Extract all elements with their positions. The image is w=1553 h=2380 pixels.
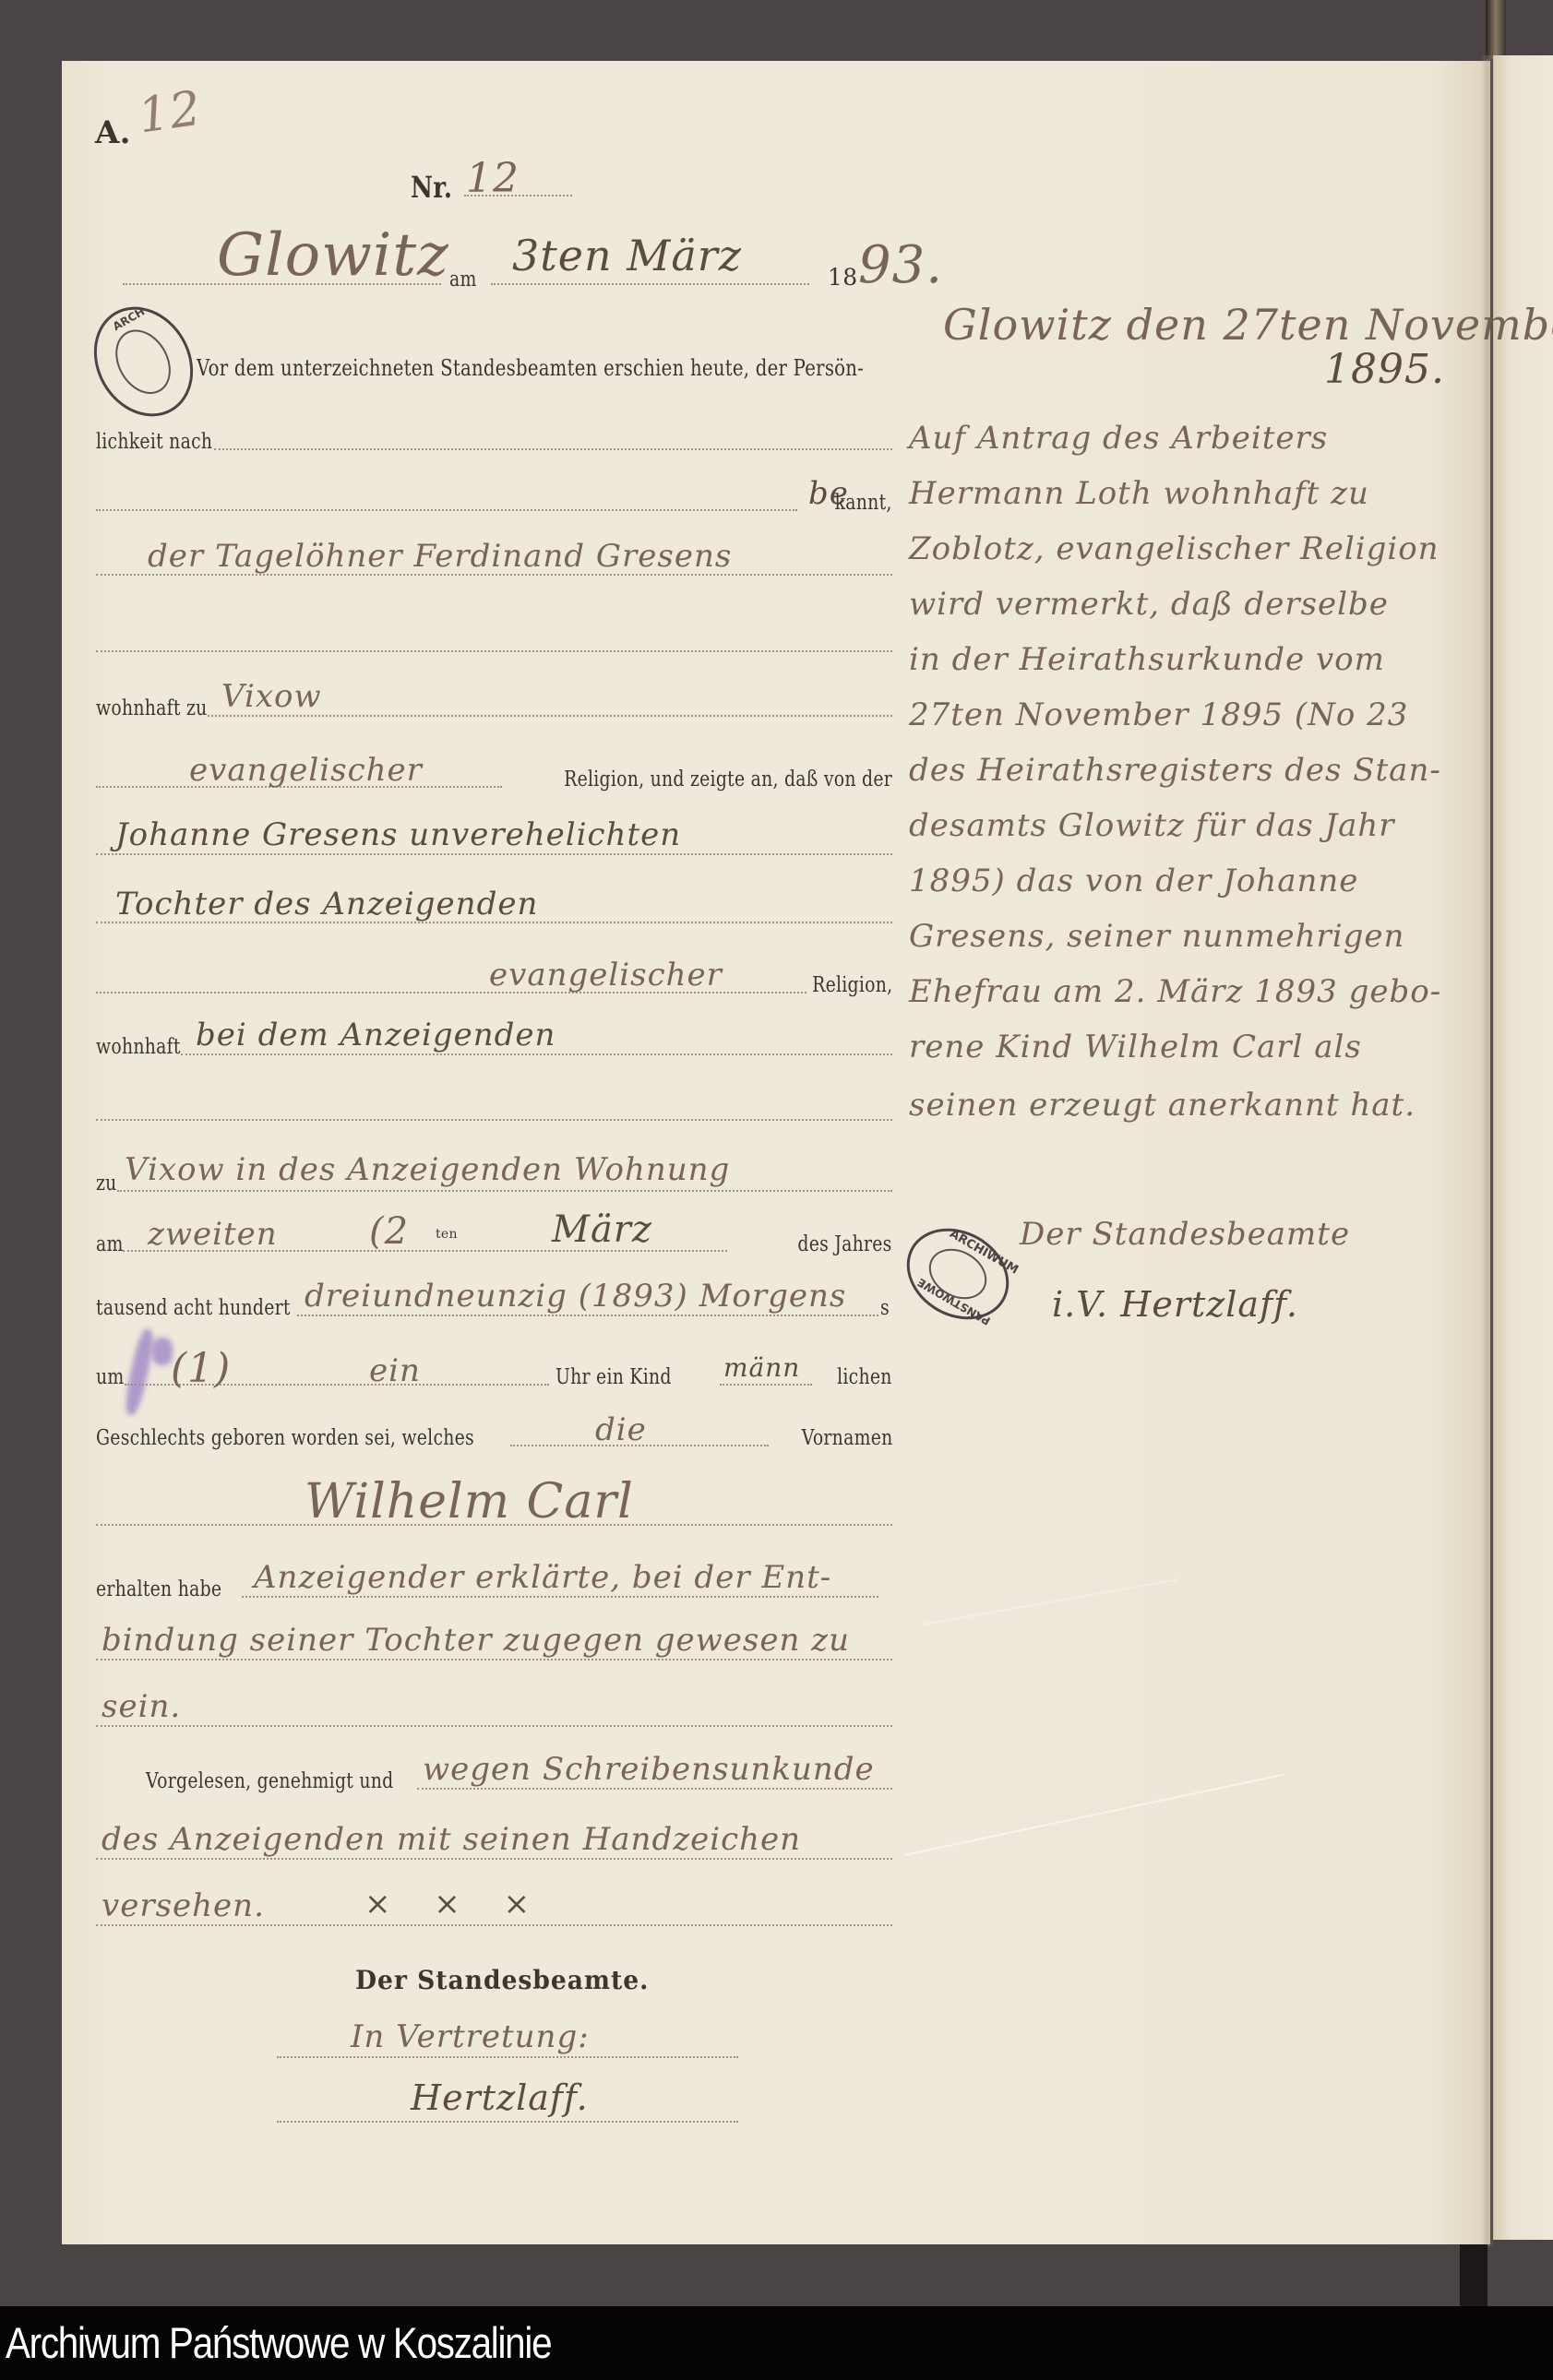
gutter-gap [1460, 2244, 1487, 2306]
fill-line [96, 650, 892, 652]
mother-residence-handwritten: bei dem Anzeigenden [196, 1017, 555, 1053]
signature-line [277, 2056, 738, 2058]
fill-line [297, 1315, 878, 1316]
religion2-label: Religion, [812, 973, 892, 997]
zu-label: zu [96, 1172, 117, 1196]
deputy-handwritten: In Vertretung: [351, 2018, 590, 2055]
signoff2-handwritten: des Anzeigenden mit seinen Handzeichen [102, 1821, 801, 1858]
lichkeit-label: lichkeit nach [96, 430, 212, 454]
geschlechts-label: Geschlechts geboren worden sei, welches [96, 1426, 474, 1450]
birth-year-handwritten: dreiundneunzig (1893) Morgens [305, 1278, 846, 1315]
birth-month-handwritten: März [552, 1208, 652, 1251]
fill-line [417, 1788, 892, 1790]
page-gutter [1481, 55, 1494, 2246]
remark3-handwritten: sein. [102, 1688, 181, 1725]
am-label: am [449, 268, 477, 292]
fill-line [96, 853, 892, 855]
die-handwritten: die [595, 1411, 647, 1448]
date-handwritten: 3ten März [512, 231, 742, 280]
fill-line [214, 448, 892, 450]
religion1-handwritten: evangelischer [189, 752, 423, 789]
annotation-header-line1: Glowitz den 27ten November [943, 300, 1553, 350]
fill-line [96, 509, 797, 511]
annotation-official-handwritten: Der Standesbeamte [1020, 1216, 1350, 1253]
fill-line [96, 1659, 892, 1660]
wohnhaft-zu-label: wohnhaft zu [96, 696, 208, 720]
religion2-handwritten: evangelischer [489, 957, 723, 994]
annotation-header-line2: 1895. [1324, 346, 1445, 393]
hour-handwritten: (1) [171, 1345, 231, 1392]
fill-line [242, 1596, 878, 1598]
annotation-line: Auf Antrag des Arbeiters [909, 420, 1328, 457]
record-number-value: 12 [466, 155, 520, 202]
series-number-handwritten: 12 [135, 81, 205, 145]
informant-residence-handwritten: Vixow [221, 678, 322, 715]
date-line [491, 283, 809, 285]
place-handwritten: Glowitz [217, 221, 449, 290]
adjacent-page-edge [1493, 55, 1553, 2240]
mother-line1-handwritten: Johanne Gresens unverehelichten [115, 816, 681, 853]
vorgelesen-label: Vorgelesen, genehmigt und [146, 1769, 393, 1793]
annotation-line: seinen erzeugt anerkannt hat. [909, 1087, 1416, 1124]
signature-line [277, 2121, 738, 2123]
violet-stamp-mark [152, 1338, 173, 1365]
tausend-label: tausend acht hundert [96, 1296, 291, 1320]
annotation-line: Gresens, seiner nunmehrigen [909, 918, 1404, 955]
annotation-line: in der Heirathsurkunde vom [909, 641, 1385, 678]
fill-line [96, 1725, 892, 1727]
handmarks: × × × [364, 1886, 546, 1922]
birth-place-handwritten: Vixow in des Anzeigenden Wohnung [125, 1151, 730, 1188]
wohnhaft-label: wohnhaft [96, 1035, 181, 1059]
vornamen-label: Vornamen [801, 1426, 892, 1450]
annotation-line: desamts Glowitz für das Jahr [909, 807, 1395, 844]
des-jahres-label: des Jahres [798, 1232, 892, 1256]
annotation-line: des Heirathsregisters des Stan- [909, 752, 1441, 789]
year-prefix: 18 [828, 264, 857, 291]
am2-label: am [96, 1232, 124, 1256]
official-title: Der Standesbeamte. [355, 1965, 649, 1995]
mother-line2-handwritten: Tochter des Anzeigenden [115, 886, 538, 922]
birth-day-handwritten: zweiten [148, 1216, 278, 1253]
annotation-line: Zoblotz, evangelischer Religion [909, 530, 1440, 567]
sex-handwritten: männ [723, 1352, 800, 1383]
series-label: A. [95, 114, 131, 151]
record-number-label: Nr. [411, 170, 452, 205]
fill-line [117, 1190, 892, 1192]
remark1-handwritten: Anzeigender erklärte, bei der Ent- [254, 1559, 831, 1596]
annotation-line: Ehefrau am 2. März 1893 gebo- [909, 973, 1441, 1010]
fill-line [96, 1858, 892, 1860]
hour-word-handwritten: ein [369, 1352, 421, 1389]
fill-line [96, 1924, 892, 1926]
fill-line [181, 1053, 892, 1055]
kannt-label: kannt, [835, 491, 892, 515]
annotation-line: Hermann Loth wohnhaft zu [909, 475, 1369, 512]
child-names-handwritten: Wilhelm Carl [305, 1474, 634, 1529]
intro-text: Vor dem unterzeichneten Standesbeamten e… [197, 355, 864, 381]
annotation-line: 1895) das von der Johanne [909, 863, 1358, 899]
ten-label: ten [436, 1227, 458, 1242]
religion1-label: Religion, und zeigte an, daß von der [564, 768, 892, 791]
year-handwritten: 93. [858, 235, 943, 295]
fill-line [96, 1119, 892, 1121]
lichen-label: lichen [837, 1365, 892, 1389]
birth-day-number-handwritten: (2 [369, 1210, 409, 1253]
annotation-signature-handwritten: i.V. Hertzlaff. [1052, 1284, 1298, 1325]
informant-handwritten: der Tagelöhner Ferdinand Gresens [148, 538, 732, 575]
um-label: um [96, 1365, 125, 1389]
remark2-handwritten: bindung seiner Tochter zugegen gewesen z… [102, 1622, 850, 1659]
erhalten-label: erhalten habe [96, 1577, 221, 1601]
s-label: s [880, 1296, 890, 1320]
signoff3-handwritten: versehen. [102, 1887, 265, 1924]
binding-spine [1486, 0, 1506, 59]
uhr-label: Uhr ein Kind [555, 1365, 672, 1389]
annotation-line: rene Kind Wilhelm Carl als [909, 1029, 1362, 1065]
archive-name: Archiwum Państwowe w Koszalinie [6, 2317, 551, 2368]
fill-line [720, 1384, 812, 1386]
annotation-line: 27ten November 1895 (No 23 [909, 696, 1408, 733]
archive-footer-bar: Archiwum Państwowe w Koszalinie [0, 2306, 1553, 2380]
fill-line [208, 715, 892, 717]
signoff1-handwritten: wegen Schreibensunkunde [423, 1751, 875, 1788]
annotation-line: wird vermerkt, daß derselbe [909, 586, 1389, 623]
signature-handwritten: Hertzlaff. [411, 2077, 589, 2118]
